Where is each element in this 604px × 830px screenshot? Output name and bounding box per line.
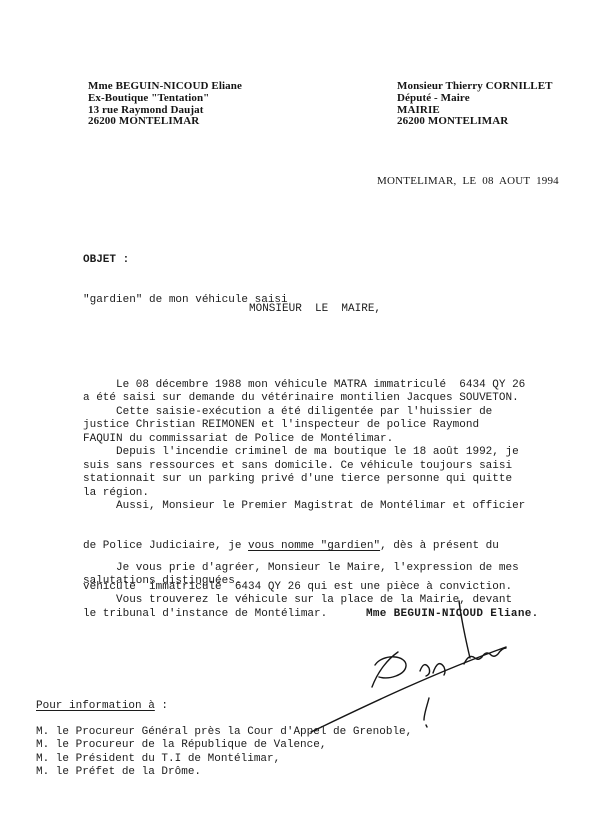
- text-line: a été saisi sur demande du vétérinaire m…: [83, 392, 525, 405]
- body-paragraphs-a: Le 08 décembre 1988 mon véhicule MATRA i…: [83, 379, 525, 514]
- nomination-line: de Police Judiciaire, je vous nomme "gar…: [83, 540, 525, 553]
- text-line: Cette saisie-exécution a été diligentée …: [83, 406, 525, 419]
- text-line: 26200 MONTELIMAR: [397, 116, 553, 128]
- text-line: FAQUIN du commissariat de Police de Mont…: [83, 433, 525, 446]
- dateline: MONTELIMAR, LE 08 AOUT 1994: [377, 175, 559, 187]
- objet-block: OBJET : "gardien" de mon véhicule saisi,: [83, 227, 294, 335]
- recipient-address-block: Monsieur Thierry CORNILLETDéputé - Maire…: [397, 81, 553, 128]
- text-line: M. le Procureur de la République de Vale…: [36, 739, 412, 752]
- text-line: Le 08 décembre 1988 mon véhicule MATRA i…: [83, 379, 525, 392]
- text-line: Ex-Boutique "Tentation": [88, 93, 242, 105]
- handwritten-signature: [278, 595, 590, 745]
- text-line: Depuis l'incendie criminel de ma boutiqu…: [83, 446, 525, 459]
- text-line: Député - Maire: [397, 93, 553, 105]
- closing-block: Je vous prie d'agréer, Monsieur le Maire…: [83, 562, 519, 589]
- text-line: suis sans ressources et sans domicile. C…: [83, 460, 525, 473]
- text-line: M. le Préfet de la Drôme.: [36, 766, 412, 779]
- sender-address-block: Mme BEGUIN-NICOUD ElianeEx-Boutique "Ten…: [88, 81, 242, 128]
- scanned-letter-page: Mme BEGUIN-NICOUD ElianeEx-Boutique "Ten…: [0, 0, 604, 830]
- salutation: MONSIEUR LE MAIRE,: [249, 303, 381, 316]
- text-line: M. le Président du T.I de Montélimar,: [36, 753, 412, 766]
- text-line: salutations distinguées.: [83, 575, 519, 588]
- info-header: Pour information à :: [36, 700, 168, 713]
- info-recipient-list: M. le Procureur Général près la Cour d'A…: [36, 726, 412, 780]
- text-line: Je vous prie d'agréer, Monsieur le Maire…: [83, 562, 519, 575]
- text-line: Aussi, Monsieur le Premier Magistrat de …: [83, 500, 525, 513]
- text-line: 26200 MONTELIMAR: [88, 116, 242, 128]
- objet-label: OBJET :: [83, 254, 294, 267]
- text-line: justice Christian REIMONEN et l'inspecte…: [83, 419, 525, 432]
- text-line: la région.: [83, 487, 525, 500]
- text-line: M. le Procureur Général près la Cour d'A…: [36, 726, 412, 739]
- underlined-phrase: vous nomme "gardien": [248, 540, 380, 552]
- text-line: stationnait sur un parking privé d'une t…: [83, 473, 525, 486]
